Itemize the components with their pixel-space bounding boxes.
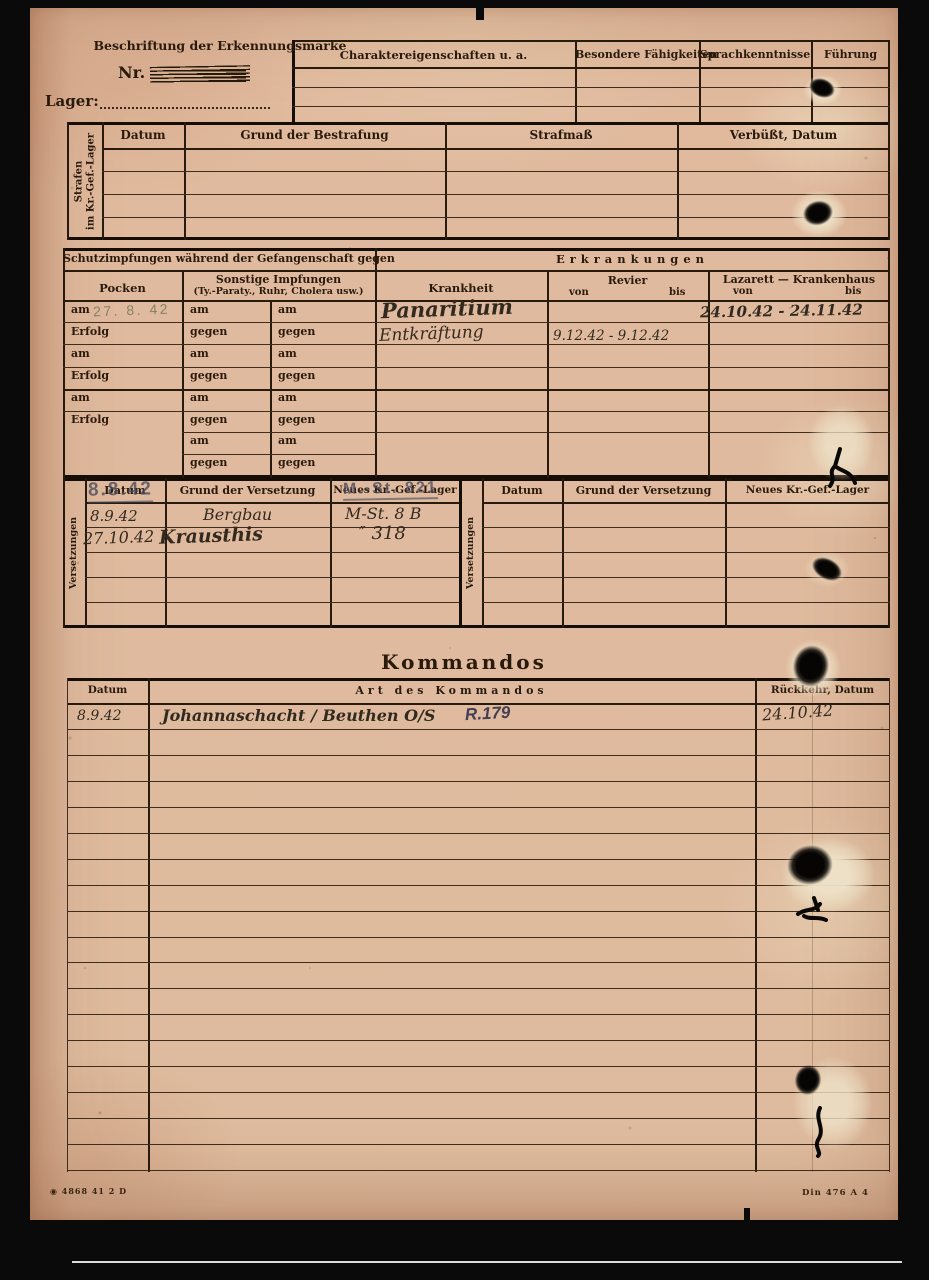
ruled-line bbox=[148, 678, 150, 1172]
erkrankungen-header: Erkrankungen bbox=[375, 252, 890, 266]
lager-label: Lager: bbox=[45, 92, 99, 110]
lager-dotted-line bbox=[100, 94, 270, 109]
footer-left: ◉ 4868 41 2 D bbox=[50, 1186, 127, 1196]
col-sprachkenntnisse: Sprachkenntnisse bbox=[699, 48, 811, 61]
impf-grid-label: gegen bbox=[190, 413, 227, 426]
impf-grid-label: am bbox=[71, 347, 90, 360]
ruled-line bbox=[63, 411, 890, 412]
printer-mark-icon: ◉ bbox=[50, 1186, 58, 1196]
vers-row1-grund: Bergbau bbox=[203, 505, 272, 524]
impf-grid-label: am bbox=[278, 391, 297, 404]
ruled-line bbox=[63, 270, 890, 272]
ruled-line bbox=[67, 237, 890, 240]
ruled-line bbox=[85, 602, 459, 603]
vers-left-col-grund: Grund der Versetzung bbox=[165, 484, 330, 497]
impf-grid-label: am bbox=[190, 434, 209, 447]
col-revier: Revier bbox=[547, 274, 708, 287]
ruled-line bbox=[482, 502, 890, 504]
impf-grid-label: am bbox=[278, 434, 297, 447]
vers-row1-datum: 8.9.42 bbox=[90, 507, 138, 525]
ruled-line bbox=[888, 478, 890, 628]
tear-mark bbox=[790, 886, 836, 928]
ruled-line bbox=[67, 678, 890, 681]
ruled-line bbox=[725, 478, 727, 628]
nr-label: Nr. bbox=[118, 63, 145, 82]
col-sonstige-2: (Ty.-Paraty., Ruhr, Cholera usw.) bbox=[182, 286, 375, 297]
impf-grid-label: gegen bbox=[278, 413, 315, 426]
impf-grid-label: gegen bbox=[278, 325, 315, 338]
ruled-line bbox=[67, 1118, 890, 1119]
ruled-line bbox=[292, 106, 890, 107]
ruled-line bbox=[755, 678, 757, 1172]
frame-notch-bottom bbox=[744, 1208, 750, 1222]
ruled-line bbox=[67, 729, 890, 730]
komm-row1-datum: 8.9.42 bbox=[77, 708, 122, 724]
ruled-line bbox=[165, 478, 167, 628]
versetzungen-left-side-label-text: Versetzungen bbox=[69, 517, 80, 589]
ruled-line bbox=[482, 527, 890, 528]
ruled-line bbox=[482, 602, 890, 603]
komm-row1-art: Johannaschacht / Beuthen O/S bbox=[162, 706, 435, 725]
pocken-date-stamp: 27. 8. 42 bbox=[93, 301, 171, 320]
versetzungen-tables: Versetzungen Datum Grund der Versetzung … bbox=[63, 478, 890, 628]
versetzungen-left-side-label: Versetzungen bbox=[63, 478, 85, 628]
col-krankheit: Krankheit bbox=[375, 281, 547, 295]
ruled-line bbox=[330, 478, 332, 628]
ruled-line bbox=[67, 885, 890, 886]
ruled-line bbox=[182, 270, 184, 478]
strafen-table: Strafen im Kr.-Gef.-Lager Datum Grund de… bbox=[67, 122, 890, 240]
ruled-line bbox=[292, 67, 890, 69]
ruled-line bbox=[85, 478, 87, 628]
ruled-line bbox=[85, 552, 459, 553]
ruled-line bbox=[67, 678, 68, 1172]
strafen-col-strafmass: Strafmaß bbox=[445, 128, 677, 142]
ruled-line bbox=[67, 911, 890, 912]
impf-grid-label: gegen bbox=[190, 456, 227, 469]
komm-row1-stamp: R.179 bbox=[465, 703, 511, 725]
col-lazarett: Lazarett — Krankenhaus bbox=[708, 273, 890, 286]
ruled-line bbox=[67, 1014, 890, 1015]
ruled-line bbox=[67, 781, 890, 782]
vers-row2-datum: 27.10.42 bbox=[83, 527, 155, 548]
kommandos-table: Datum Art des Kommandos Rückkehr, Datum … bbox=[67, 678, 890, 1172]
vers-row2-lager: ″ 318 bbox=[359, 523, 406, 544]
impf-grid-label: gegen bbox=[278, 369, 315, 382]
footer-left-text: 4868 41 2 D bbox=[62, 1186, 127, 1196]
impf-header: Schutzimpfungen während der Gefangenscha… bbox=[63, 252, 375, 265]
lazarett-entry-1: 24.10.42 - 24.11.42 bbox=[700, 301, 863, 322]
vers-row2-grund: Krausthis bbox=[159, 523, 264, 549]
ruled-line bbox=[63, 344, 890, 345]
revier-bis-label: bis bbox=[669, 287, 685, 298]
tear-mark bbox=[804, 1104, 836, 1160]
strafen-col-verbuesst: Verbüßt, Datum bbox=[677, 128, 890, 142]
ruled-line bbox=[67, 122, 890, 125]
photo-frame: Beschriftung der Erkennungsmarke Nr. Lag… bbox=[0, 0, 929, 1280]
krankheit-entry-2: Entkräftung bbox=[379, 322, 484, 346]
impf-grid-label: gegen bbox=[190, 325, 227, 338]
impf-grid-label: Erfolg bbox=[71, 369, 109, 382]
ruled-line bbox=[63, 389, 890, 391]
impf-grid-label: am bbox=[190, 303, 209, 316]
impf-grid-label: am bbox=[278, 347, 297, 360]
impf-grid-label: am bbox=[71, 303, 90, 316]
ruled-line bbox=[67, 988, 890, 989]
tear-mark bbox=[818, 446, 862, 490]
ruled-line bbox=[67, 1144, 890, 1145]
impf-grid-label: am bbox=[190, 391, 209, 404]
nr-scribble-2 bbox=[182, 70, 246, 82]
impf-grid-label: am bbox=[278, 303, 297, 316]
revier-entry-2: 9.12.42 - 9.12.42 bbox=[553, 328, 669, 344]
ruled-line bbox=[85, 577, 459, 578]
ruled-line bbox=[889, 678, 890, 1172]
kommandos-title: Kommandos bbox=[30, 650, 898, 674]
strafen-side-label: Strafen im Kr.-Gef.-Lager bbox=[68, 123, 103, 241]
vers-stamp-lager: M.-St. 821 bbox=[343, 479, 438, 501]
col-sonstige-1: Sonstige Impfungen bbox=[182, 273, 375, 286]
vers-right-col-datum: Datum bbox=[482, 484, 562, 497]
komm-row1-rueckkehr: 24.10.42 bbox=[761, 701, 833, 725]
ruled-line bbox=[708, 270, 710, 478]
impfungen-erkrankungen-table: Schutzimpfungen während der Gefangenscha… bbox=[63, 248, 890, 478]
col-besondere-faehigkeiten: Besondere Fähigkeiten bbox=[575, 48, 699, 61]
ruled-line bbox=[67, 937, 890, 938]
vers-stamp-datum: 8.8.42 bbox=[88, 478, 153, 503]
lazarett-von-label: von bbox=[733, 286, 753, 297]
pow-record-card: Beschriftung der Erkennungsmarke Nr. Lag… bbox=[30, 8, 898, 1220]
ruled-line bbox=[102, 148, 890, 150]
strafen-side-label-line2: im Kr.-Gef.-Lager bbox=[85, 133, 97, 230]
ruled-line bbox=[182, 432, 890, 433]
lazarett-bis-label: bis bbox=[845, 286, 861, 297]
versetzungen-right-side-label: Versetzungen bbox=[460, 478, 482, 628]
revier-von-label: von bbox=[569, 287, 589, 298]
ruled-line bbox=[547, 270, 549, 478]
ruled-line bbox=[67, 807, 890, 808]
krankheit-entry-1: Panaritium bbox=[381, 294, 514, 324]
ruled-line bbox=[63, 367, 890, 368]
ruled-line bbox=[292, 40, 890, 42]
strafen-col-grund: Grund der Bestrafung bbox=[184, 128, 445, 142]
col-fuehrung: Führung bbox=[811, 48, 890, 61]
ruled-line bbox=[67, 859, 890, 860]
ruled-line bbox=[102, 171, 890, 172]
col-pocken: Pocken bbox=[63, 281, 182, 295]
ruled-line bbox=[482, 478, 484, 628]
impf-grid-label: Erfolg bbox=[71, 325, 109, 338]
impf-grid-label: Erfolg bbox=[71, 413, 109, 426]
ruled-line bbox=[102, 194, 890, 195]
ruled-line bbox=[67, 1040, 890, 1041]
ruled-line bbox=[182, 454, 375, 455]
ruled-line bbox=[67, 833, 890, 834]
impf-grid-label: gegen bbox=[190, 369, 227, 382]
ruled-line bbox=[67, 1092, 890, 1093]
strafen-side-label-line1: Strafen bbox=[74, 161, 86, 203]
vers-row1-lager: M-St. 8 B bbox=[345, 504, 421, 523]
vers-right-col-lager: Neues Kr.-Gef.-Lager bbox=[725, 484, 890, 496]
komm-col-datum: Datum bbox=[67, 684, 148, 696]
ruled-line bbox=[63, 248, 890, 251]
ruled-line bbox=[102, 217, 890, 218]
vers-right-col-grund: Grund der Versetzung bbox=[562, 484, 725, 497]
impf-grid-label: am bbox=[71, 391, 90, 404]
impf-grid-label: gegen bbox=[278, 456, 315, 469]
bottom-white-line bbox=[72, 1261, 902, 1263]
frame-notch-top bbox=[476, 6, 484, 20]
ruled-line bbox=[562, 478, 564, 628]
ruled-line bbox=[67, 1066, 890, 1067]
ruled-line bbox=[67, 962, 890, 963]
versetzungen-right-side-label-text: Versetzungen bbox=[466, 517, 477, 589]
col-charaktereigenschaften: Charaktereigenschaften u. a. bbox=[292, 48, 575, 62]
impf-grid-label: am bbox=[190, 347, 209, 360]
traits-table: Charaktereigenschaften u. a. Besondere F… bbox=[292, 40, 890, 122]
ruled-line bbox=[67, 755, 890, 756]
strafen-col-datum: Datum bbox=[102, 128, 184, 142]
footer-right: Din 476 A 4 bbox=[802, 1188, 869, 1198]
komm-col-art: Art des Kommandos bbox=[148, 684, 755, 697]
ruled-line bbox=[67, 1170, 890, 1171]
